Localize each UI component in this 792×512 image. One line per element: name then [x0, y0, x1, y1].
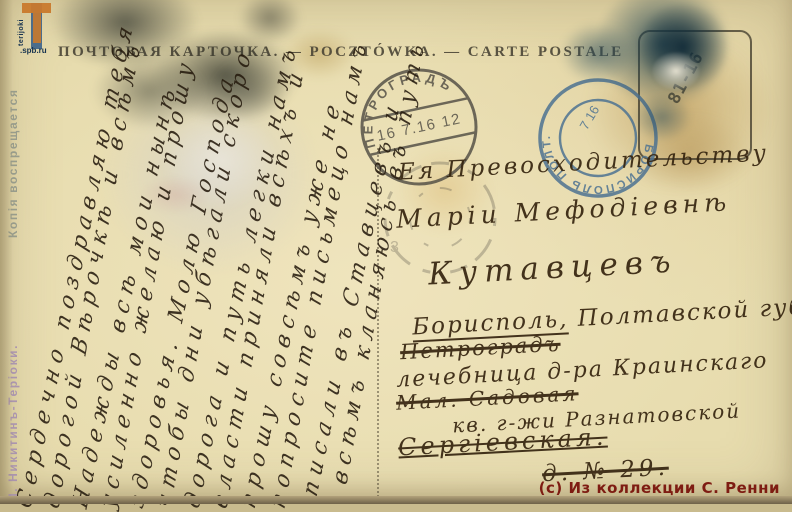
watermark-site-suffix: .spb.ru [20, 46, 47, 55]
blue-ink-blot [632, 92, 692, 142]
borispol-postmark-date: 7 16 [576, 103, 602, 132]
address-city-line: Борисполь, Полтавской губ. [412, 293, 792, 340]
blue-ink-blot [560, 22, 635, 84]
address-province: Полтавской губ. [568, 293, 792, 332]
card-bottom-edge [0, 496, 792, 504]
card-left-edge [0, 0, 13, 504]
address-struck-sergievskaya: Сергіевская. [397, 423, 608, 462]
watermark-t-stem-orange [33, 13, 41, 43]
torn-white-spot [652, 52, 700, 90]
terijoki-watermark-logo: terijoki .spb.ru [16, 0, 60, 56]
watermark-site-name: terijoki [18, 19, 25, 46]
collection-credit: (с) Из коллекции С. Ренни [539, 479, 780, 497]
handwritten-message-area: Сердечно поздравляю тебядорогой Вѣрочкѣ … [0, 0, 380, 504]
watermark-t-bar [22, 3, 51, 13]
postcard-scan: ПОЧТОВАЯ КАРТОЧКА. — POCZTÓWKA. — CARTE … [0, 0, 792, 504]
